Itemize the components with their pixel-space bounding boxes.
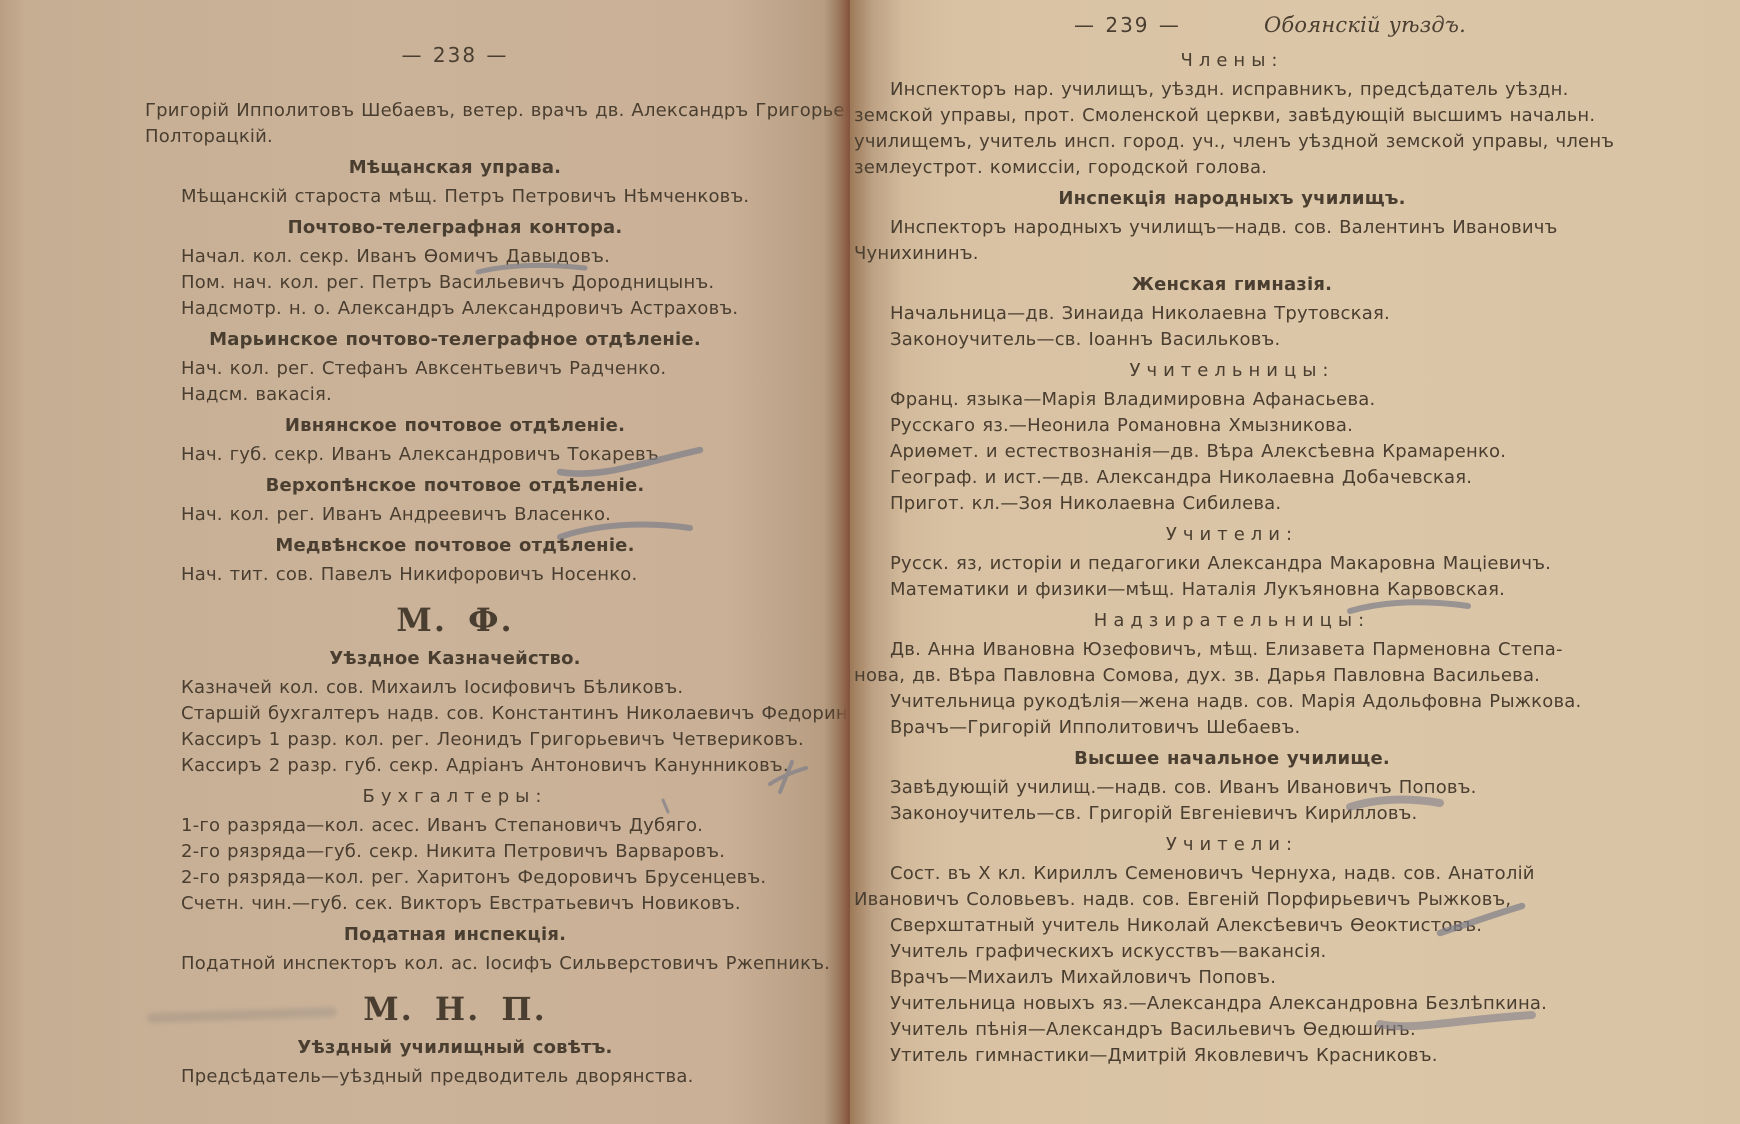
text-line: Пригот. кл.—Зоя Николаевна Сибилева. <box>854 491 1610 517</box>
text-line: Старшій бухгалтеръ надв. сов. Константин… <box>145 701 811 727</box>
text-line: Нач. губ. секр. Иванъ Александровичъ Ток… <box>145 442 811 468</box>
section-heading: Члены: <box>854 48 1610 74</box>
text-line: Надсм. вакасія. <box>145 382 811 408</box>
page-239: — 239 — Обоянскій уѣздъ. Члены: Инспекто… <box>850 0 1740 1124</box>
text-line: земской управы, прот. Смоленской церкви,… <box>854 103 1610 129</box>
text-line: Казначей кол. сов. Михаилъ Іосифовичъ Бѣ… <box>145 675 811 701</box>
text-line: Нач. кол. рег. Иванъ Андреевичъ Власенко… <box>145 502 811 528</box>
text-line: Нач. кол. рег. Стефанъ Авксентьевичъ Рад… <box>145 356 811 382</box>
text-line: Русск. яз, исторіи и педагогики Александ… <box>854 551 1610 577</box>
text-line: Учительница рукодѣлія—жена надв. сов. Ма… <box>854 689 1610 715</box>
text-line: Счетн. чин.—губ. сек. Викторъ Евстратьев… <box>145 891 811 917</box>
text-line: землеустрот. комиссіи, городской голова. <box>854 155 1610 181</box>
section-heading: Податная инспекція. <box>145 922 765 948</box>
text-line: Полторацкій. <box>145 124 811 150</box>
section-heading: Высшее начальное училище. <box>854 746 1610 772</box>
section-heading: Надзирательницы: <box>854 608 1610 634</box>
section-heading: Мѣщанская управа. <box>145 155 765 181</box>
text-line: Врачъ—Григорій Ипполитовичъ Шебаевъ. <box>854 715 1610 741</box>
text-line: Пом. нач. кол. рег. Петръ Васильевичъ До… <box>145 270 811 296</box>
text-line: Кассиръ 2 разр. губ. секр. Адріанъ Антон… <box>145 753 811 779</box>
text-line: училищемъ, учитель инсп. город. уч., чле… <box>854 129 1610 155</box>
text-line: Дв. Анна Ивановна Юзефовичъ, мѣщ. Елизав… <box>854 637 1610 663</box>
page-number: — 238 — <box>145 42 765 72</box>
ministry-heading: М. Ф. <box>145 600 765 640</box>
text-line: Нач. тит. сов. Павелъ Никифоровичъ Носен… <box>145 562 811 588</box>
text-line: Франц. языка—Марія Владимировна Афанасье… <box>854 387 1610 413</box>
section-heading: Уѣздный училищный совѣтъ. <box>145 1035 765 1061</box>
section-heading: Медвѣнское почтовое отдѣленіе. <box>145 533 765 559</box>
section-heading: Почтово-телеграфная контора. <box>145 215 765 241</box>
text-line: Ариѳмет. и естествознанія—дв. Вѣра Алекс… <box>854 439 1610 465</box>
text-line: Учитель графическихъ искусствъ—вакансія. <box>854 939 1610 965</box>
section-heading: Верхопѣнское почтовое отдѣленіе. <box>145 473 765 499</box>
page-238: — 238 — Григорій Ипполитовъ Шебаевъ, вет… <box>0 0 856 1124</box>
section-heading: Уѣздное Казначейство. <box>145 646 765 672</box>
section-heading: Женская гимназія. <box>854 272 1610 298</box>
page-number: — 239 — <box>1074 12 1181 38</box>
section-heading: Бухгалтеры: <box>145 784 765 810</box>
text-line: Математики и физики—мѣщ. Наталія Лукъяно… <box>854 577 1610 603</box>
section-heading: Ивнянское почтовое отдѣленіе. <box>145 413 765 439</box>
text-line: Начал. кол. секр. Иванъ Ѳомичъ Давыдовъ. <box>145 244 811 270</box>
section-heading: Учители: <box>854 832 1610 858</box>
section-heading: Инспекція народныхъ училищъ. <box>854 186 1610 212</box>
text-line: Сверхштатный учитель Николай Алексѣевичъ… <box>854 913 1610 939</box>
section-heading: Учительницы: <box>854 358 1610 384</box>
text-line: Учительница новыхъ яз.—Александра Алекса… <box>854 991 1610 1017</box>
page-header: — 239 — Обоянскій уѣздъ. <box>854 12 1610 42</box>
text-line: Утитель гимнастики—Дмитрій Яковлевичъ Кр… <box>854 1043 1610 1069</box>
text-line: Завѣдующій училищ.—надв. сов. Иванъ Иван… <box>854 775 1610 801</box>
text-line: 2-го рязряда—кол. рег. Харитонъ Федорови… <box>145 865 811 891</box>
text-line: Надсмотр. н. о. Александръ Александрович… <box>145 296 811 322</box>
text-line: Мѣщанскій староста мѣщ. Петръ Петровичъ … <box>145 184 811 210</box>
text-line: Законоучитель—св. Григорій Евгеніевичъ К… <box>854 801 1610 827</box>
text-line: Чунихининъ. <box>854 241 1610 267</box>
text-line: Ивановичъ Соловьевъ. надв. сов. Евгеній … <box>854 887 1610 913</box>
section-heading: Марьинское почтово-телеграфное отдѣленіе… <box>145 327 765 353</box>
text-line: Начальница—дв. Зинаида Николаевна Трутов… <box>854 301 1610 327</box>
text-line: Кассиръ 1 разр. кол. рег. Леонидъ Григор… <box>145 727 811 753</box>
text-line: Григорій Ипполитовъ Шебаевъ, ветер. врач… <box>145 98 811 124</box>
text-line: Законоучитель—св. Іоаннъ Васильковъ. <box>854 327 1610 353</box>
text-line: 1-го разряда—кол. асес. Иванъ Степанович… <box>145 813 811 839</box>
text-line: Сост. въ X кл. Кириллъ Семеновичъ Чернух… <box>854 861 1610 887</box>
text-line: Географ. и ист.—дв. Александра Николаевн… <box>854 465 1610 491</box>
text-line: Инспекторъ нар. училищъ, уѣздн. исправни… <box>854 77 1610 103</box>
text-line: нова, дв. Вѣра Павловна Сомова, дух. зв.… <box>854 663 1610 689</box>
ministry-heading: М. Н. П. <box>145 989 765 1029</box>
running-title: Обоянскій уѣздъ. <box>1264 12 1466 38</box>
text-line: 2-го рязряда—губ. секр. Никита Петровичъ… <box>145 839 811 865</box>
section-heading: Учители: <box>854 522 1610 548</box>
book-spread: — 238 — Григорій Ипполитовъ Шебаевъ, вет… <box>0 0 1740 1124</box>
text-line: Учитель пѣнія—Александръ Васильевичъ Ѳед… <box>854 1017 1610 1043</box>
text-line: Инспекторъ народныхъ училищъ—надв. сов. … <box>854 215 1610 241</box>
text-line: Врачъ—Михаилъ Михайловичъ Поповъ. <box>854 965 1610 991</box>
text-line: Русскаго яз.—Неонила Романовна Хмызников… <box>854 413 1610 439</box>
text-line: Предсѣдатель—уѣздный предводитель дворян… <box>145 1064 811 1090</box>
text-line: Податной инспекторъ кол. ас. Іосифъ Силь… <box>145 951 811 977</box>
